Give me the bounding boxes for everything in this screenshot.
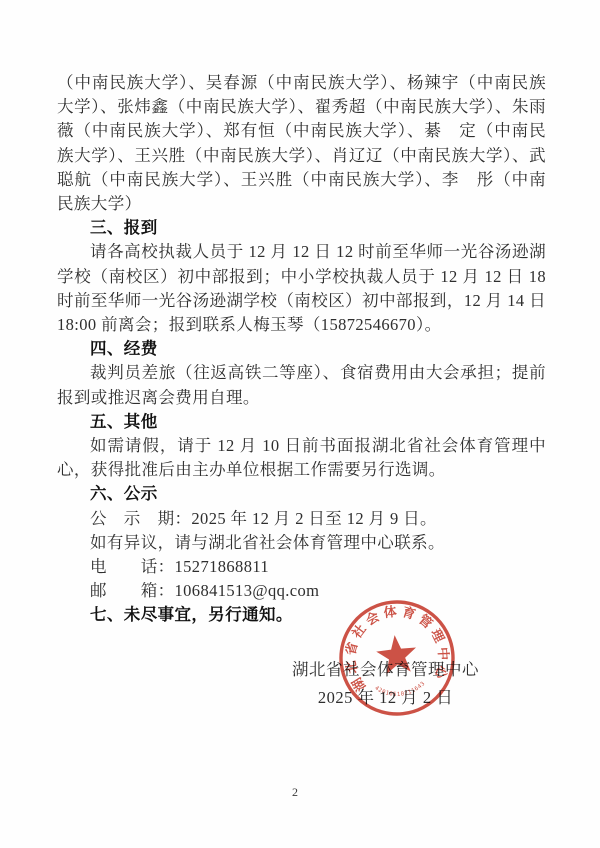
section-heading-misc: 七、未尽事宜，另行通知。	[57, 603, 546, 627]
phone-line: 电 话：15271868811	[57, 555, 546, 579]
objection-line: 如有异议，请与湖北省社会体育管理中心联系。	[57, 531, 546, 555]
document-page: （中南民族大学）、吴春源（中南民族大学）、杨辣宇（中南民族大学）、张炜鑫（中南民…	[0, 0, 600, 848]
section-heading-registration: 三、报到	[57, 216, 546, 240]
page-number: 2	[0, 785, 590, 800]
registration-paragraph: 请各高校执裁人员于 12 月 12 日 12 时前至华师一光谷汤逊湖学校（南校区…	[57, 240, 546, 337]
judge-list-continuation: （中南民族大学）、吴春源（中南民族大学）、杨辣宇（中南民族大学）、张炜鑫（中南民…	[57, 71, 546, 216]
other-paragraph: 如需请假，请于 12 月 10 日前书面报湖北省社会体育管理中心，获得批准后由主…	[57, 434, 546, 482]
signature-org: 湖北省社会体育管理中心	[292, 656, 479, 684]
publicity-period-line: 公 示 期：2025 年 12 月 2 日至 12 月 9 日。	[57, 507, 546, 531]
expenses-paragraph: 裁判员差旅（往返高铁二等座）、食宿费用由大会承担；提前报到或推迟离会费用自理。	[57, 361, 546, 409]
signature-date: 2025 年 12 月 2 日	[292, 684, 479, 712]
signature-block: 湖北省社会体育管理中心 2025 年 12 月 2 日	[57, 656, 546, 712]
section-heading-publicity: 六、公示	[57, 482, 546, 506]
section-heading-expenses: 四、经费	[57, 337, 546, 361]
section-heading-other: 五、其他	[57, 410, 546, 434]
email-line: 邮 箱：106841513@qq.com	[57, 579, 546, 603]
document-body: （中南民族大学）、吴春源（中南民族大学）、杨辣宇（中南民族大学）、张炜鑫（中南民…	[57, 71, 546, 712]
